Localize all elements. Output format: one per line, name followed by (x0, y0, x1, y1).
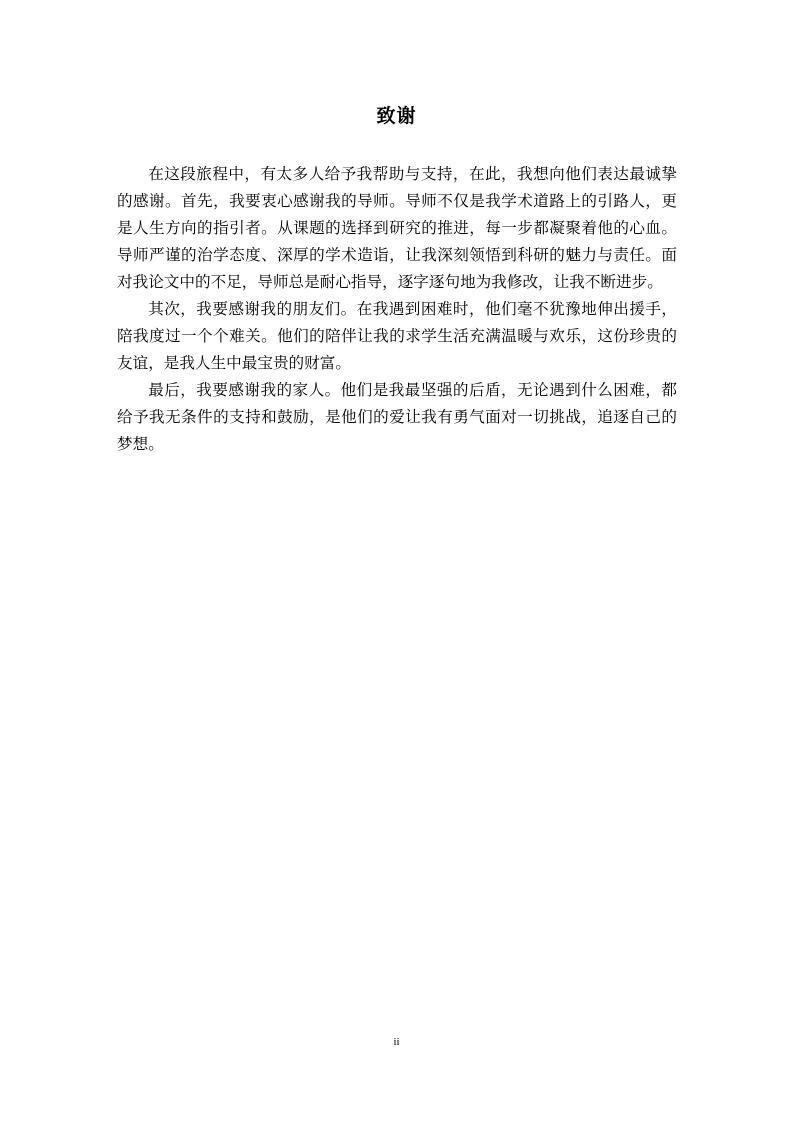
acknowledgement-body: 在这段旅程中，有太多人给予我帮助与支持，在此，我想向他们表达最诚挚的感谢。首先，… (117, 161, 677, 458)
paragraph-friends: 其次，我要感谢我的朋友们。在我遇到困难时，他们毫不犹豫地伸出援手，陪我度过一个个… (117, 296, 677, 377)
page-title: 致谢 (0, 104, 793, 128)
paragraph-advisor: 在这段旅程中，有太多人给予我帮助与支持，在此，我想向他们表达最诚挚的感谢。首先，… (117, 161, 677, 296)
page-number: ii (0, 1035, 793, 1049)
paragraph-family: 最后，我要感谢我的家人。他们是我最坚强的后盾，无论遇到什么困难，都给予我无条件的… (117, 377, 677, 458)
document-page: 致谢 在这段旅程中，有太多人给予我帮助与支持，在此，我想向他们表达最诚挚的感谢。… (0, 0, 793, 1122)
